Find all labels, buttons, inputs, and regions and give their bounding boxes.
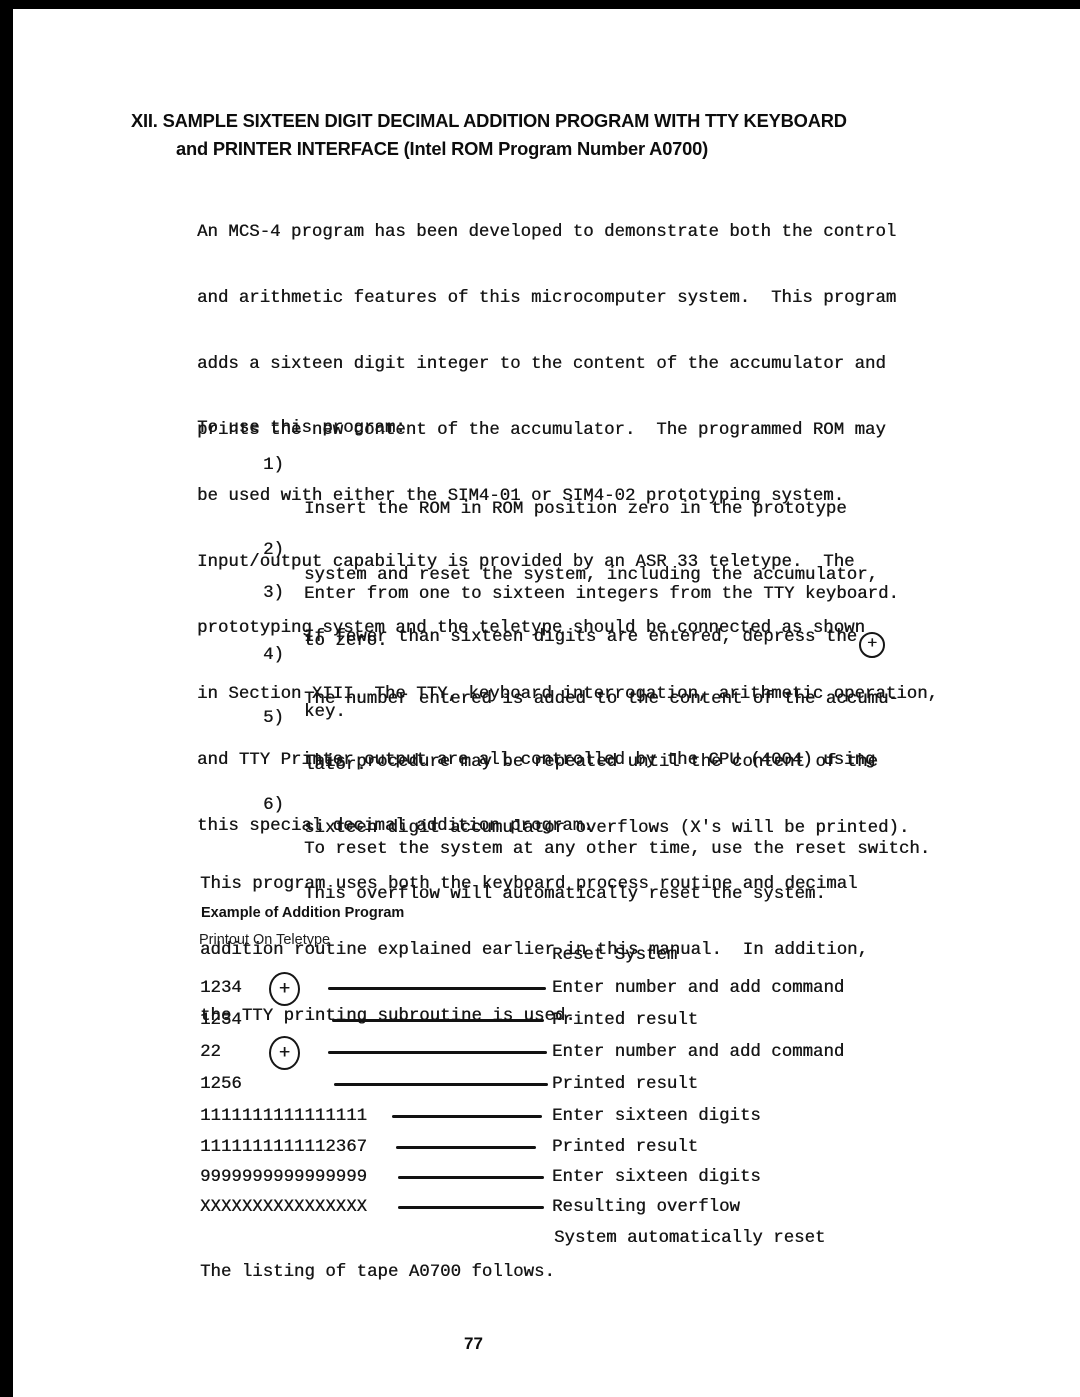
- usage-lead: To use this program:: [197, 418, 406, 440]
- section-title-line2: and PRINTER INTERFACE (Intel ROM Program…: [176, 138, 708, 160]
- printout-row: 22 + Enter number and add command: [0, 1042, 1080, 1068]
- printout-label: Enter number and add command: [552, 1042, 844, 1064]
- page-number: 77: [464, 1334, 483, 1354]
- auto-reset-note: System automatically reset: [554, 1228, 825, 1250]
- intro-line: An MCS-4 program has been developed to d…: [197, 222, 938, 244]
- printout-row: 1256 Printed result: [0, 1074, 1080, 1100]
- printout-label: Printed result: [552, 1074, 698, 1096]
- printout-label: Printed result: [552, 1137, 698, 1159]
- plus-key-icon: +: [269, 1036, 300, 1070]
- scan-border-top: [0, 0, 1080, 9]
- printout-row: 1111111111111111 Enter sixteen digits: [0, 1106, 1080, 1132]
- printout-value: 1111111111112367: [200, 1137, 367, 1159]
- plus-key-icon: +: [269, 972, 300, 1006]
- printout-value: 1256: [200, 1074, 242, 1096]
- printout-value: 1234: [200, 978, 242, 1000]
- section-title-line1: XII. SAMPLE SIXTEEN DIGIT DECIMAL ADDITI…: [131, 110, 847, 132]
- printout-row: 1111111111112367 Printed result: [0, 1137, 1080, 1163]
- printout-value: 22: [200, 1042, 221, 1064]
- example-heading: Example of Addition Program: [201, 905, 404, 921]
- printout-value: 9999999999999999: [200, 1167, 367, 1189]
- intro-line: and arithmetic features of this microcom…: [197, 288, 938, 310]
- closing-note: The listing of tape A0700 follows.: [200, 1262, 555, 1284]
- printout-label: Enter sixteen digits: [552, 1106, 761, 1128]
- intro-line: adds a sixteen digit integer to the cont…: [197, 354, 938, 376]
- printout-row: XXXXXXXXXXXXXXXX Resulting overflow: [0, 1197, 1080, 1223]
- reset-system-note: Reset System: [552, 945, 677, 967]
- connector-line: [396, 1146, 536, 1149]
- printout-row: 9999999999999999 Enter sixteen digits: [0, 1167, 1080, 1193]
- printout-value: 1111111111111111: [200, 1106, 367, 1128]
- connector-line: [328, 987, 546, 990]
- connector-line: [328, 1051, 547, 1054]
- connector-line: [398, 1206, 544, 1209]
- printout-heading: Printout On Teletype: [199, 932, 330, 948]
- item-line: This procedure may be repeated until the…: [304, 752, 909, 774]
- printout-row: 1234 + Enter number and add command: [0, 978, 1080, 1004]
- connector-line: [334, 1083, 548, 1086]
- printout-label: Enter sixteen digits: [552, 1167, 761, 1189]
- printout-row: 1234 Printed result: [0, 1010, 1080, 1036]
- connector-line: [332, 1019, 544, 1022]
- printout-label: Resulting overflow: [552, 1197, 740, 1219]
- printout-value: XXXXXXXXXXXXXXXX: [200, 1197, 367, 1219]
- item-line: Insert the ROM in ROM position zero in t…: [304, 499, 878, 521]
- document-page: XII. SAMPLE SIXTEEN DIGIT DECIMAL ADDITI…: [0, 0, 1080, 1397]
- printout-value: 1234: [200, 1010, 242, 1032]
- connector-line: [398, 1176, 544, 1179]
- connector-line: [392, 1115, 542, 1118]
- printout-label: Enter number and add command: [552, 978, 844, 1000]
- closing-line: This program uses both the keyboard proc…: [200, 874, 868, 896]
- printout-label: Printed result: [552, 1010, 698, 1032]
